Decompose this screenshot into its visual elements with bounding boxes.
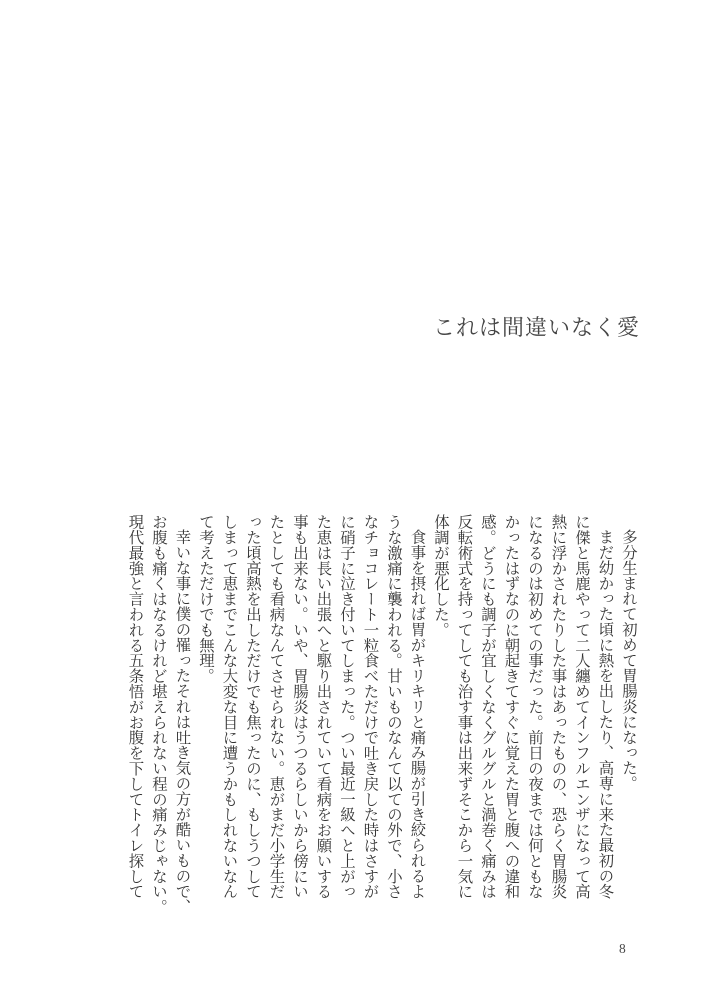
text-line: お腹も痛くはなるけれど堪えられない程の痛みじゃない。 xyxy=(147,514,171,900)
text-line: に硝子に泣き付いてしまった。つい最近一級へと上がっ xyxy=(335,514,359,900)
text-line: なチョコレート一粒食べただけで吐き戻した時はさすが xyxy=(358,514,382,900)
text-line: 幸いな事に僕の罹ったそれは吐き気の方が酷いもので、 xyxy=(170,514,194,900)
text-line: て考えただけでも無理。 xyxy=(194,514,218,900)
text-line: 食事を摂れば胃がキリキリと痛み腸が引き絞られるよ xyxy=(405,514,429,900)
text-line: かったはずなのに朝起きてすぐに覚えた胃と腹への違和 xyxy=(499,514,523,900)
text-line: まだ幼かった頃に熱を出したり、高専に来た最初の冬 xyxy=(593,514,617,900)
text-line: た恵は長い出張へと駆り出されていて看病をお願いする xyxy=(311,514,335,900)
text-line: った頃高熱を出しただけでも焦ったのに、もしうつして xyxy=(241,514,265,900)
book-page: これは間違いなく愛 多分生まれて初めて胃腸炎になった。 まだ幼かった頃に熱を出し… xyxy=(0,0,713,1000)
text-line: 現代最強と言われる五条悟がお腹を下してトイレ探して xyxy=(123,514,147,900)
text-line: になるのは初めての事だった。前日の夜までは何ともな xyxy=(523,514,547,900)
text-line: 事も出来ない。いや、胃腸炎はうつるらしいから傍にい xyxy=(288,514,312,900)
text-line: に傑と馬鹿やって二人纏めてインフルエンザになって高 xyxy=(570,514,594,900)
text-line: うな激痛に襲われる。甘いものなんて以ての外で、小さ xyxy=(382,514,406,900)
text-line: 反転術式を持ってしても治す事は出来ずそこから一気に xyxy=(452,514,476,900)
body-text: 多分生まれて初めて胃腸炎になった。 まだ幼かった頃に熱を出したり、高専に来た最初… xyxy=(123,514,640,900)
text-line: 多分生まれて初めて胃腸炎になった。 xyxy=(617,514,641,900)
text-line: たとしても看病なんてさせられない。恵がまだ小学生だ xyxy=(264,514,288,900)
text-line: 体調が悪化した。 xyxy=(429,514,453,900)
text-line: しまって恵までこんな大変な目に遭うかもしれないなん xyxy=(217,514,241,900)
page-number: 8 xyxy=(619,941,626,957)
text-line: 感。どうにも調子が宜しくなくグルグルと渦巻く痛みは xyxy=(476,514,500,900)
page-title: これは間違いなく愛 xyxy=(433,311,640,342)
text-line: 熱に浮かされたりした事はあったものの、恐らく胃腸炎 xyxy=(546,514,570,900)
